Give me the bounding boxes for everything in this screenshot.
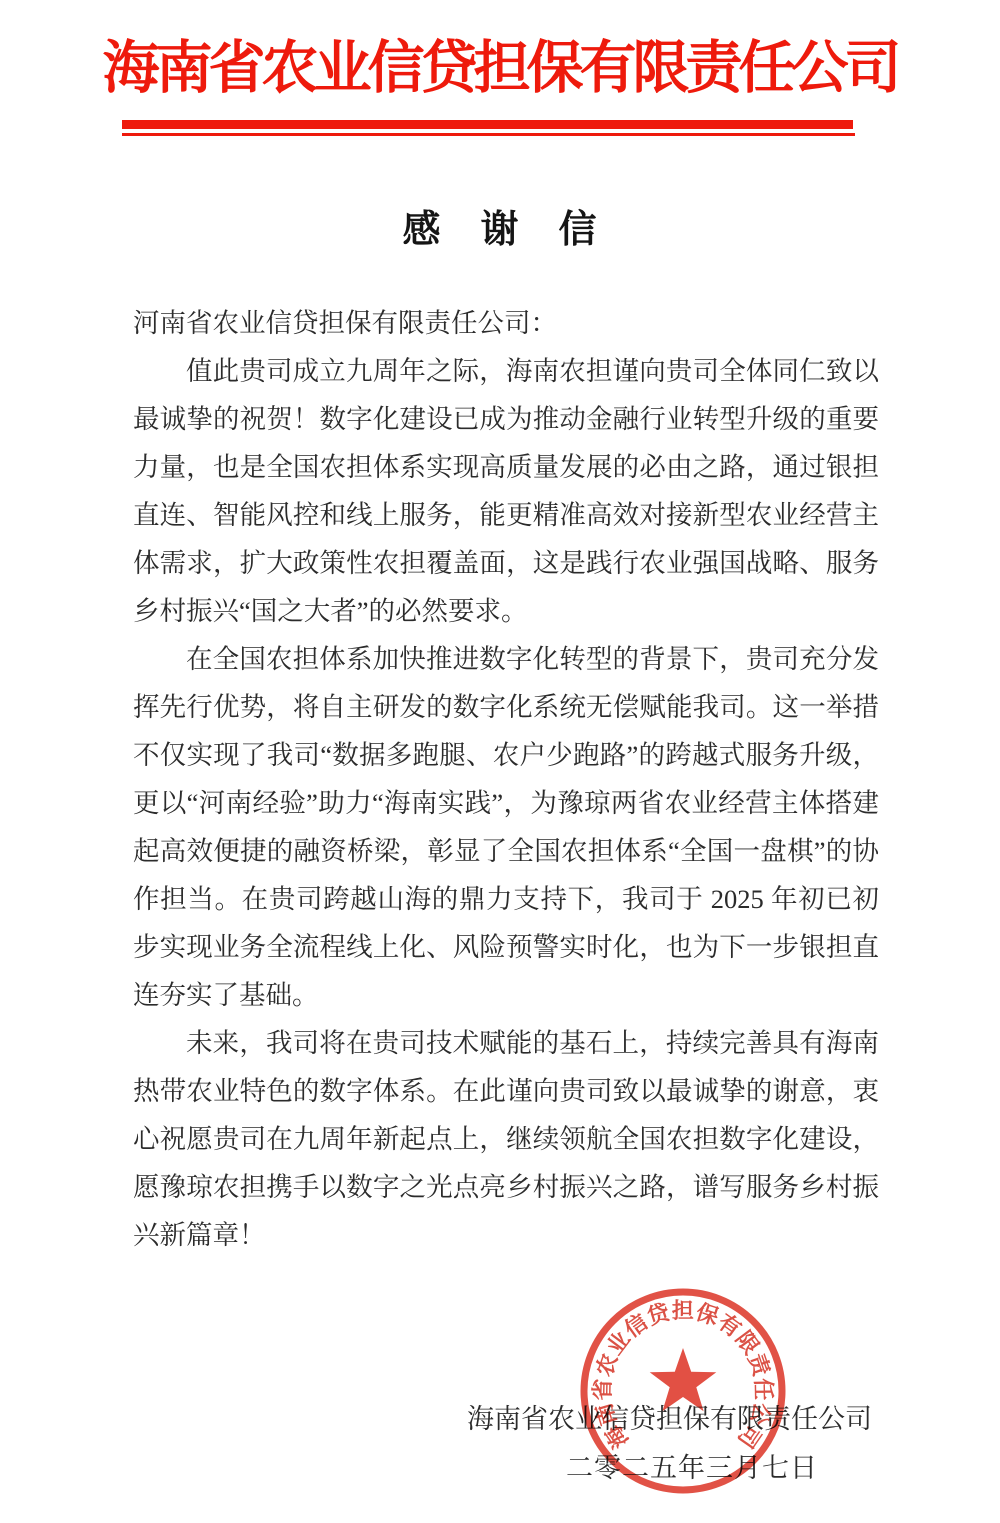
- letterhead-divider-thin: [122, 133, 855, 136]
- paragraph-1: 值此贵司成立九周年之际，海南农担谨向贵司全体同仁致以最诚挚的祝贺！数字化建设已成…: [133, 347, 879, 635]
- paragraph-2: 在全国农担体系加快推进数字化转型的背景下，贵司充分发挥先行优势，将自主研发的数字…: [133, 635, 879, 1019]
- letter-body: 河南省农业信贷担保有限责任公司： 值此贵司成立九周年之际，海南农担谨向贵司全体同…: [133, 299, 879, 1259]
- paragraph-3: 未来，我司将在贵司技术赋能的基石上，持续完善具有海南热带农业特色的数字体系。在此…: [133, 1019, 879, 1259]
- letter-title: 感 谢 信: [0, 198, 1000, 253]
- letter-page: 海南省农业信贷担保有限责任公司 感 谢 信 河南省农业信贷担保有限责任公司： 值…: [0, 0, 1000, 1523]
- letterhead-company-name: 海南省农业信贷担保有限责任公司: [0, 36, 1000, 102]
- salutation: 河南省农业信贷担保有限责任公司：: [133, 299, 879, 347]
- signature-date: 二零二五年三月七日: [566, 1446, 818, 1485]
- letterhead-divider-thick: [122, 120, 853, 129]
- signature-company-name: 海南省农业信贷担保有限责任公司: [467, 1397, 872, 1436]
